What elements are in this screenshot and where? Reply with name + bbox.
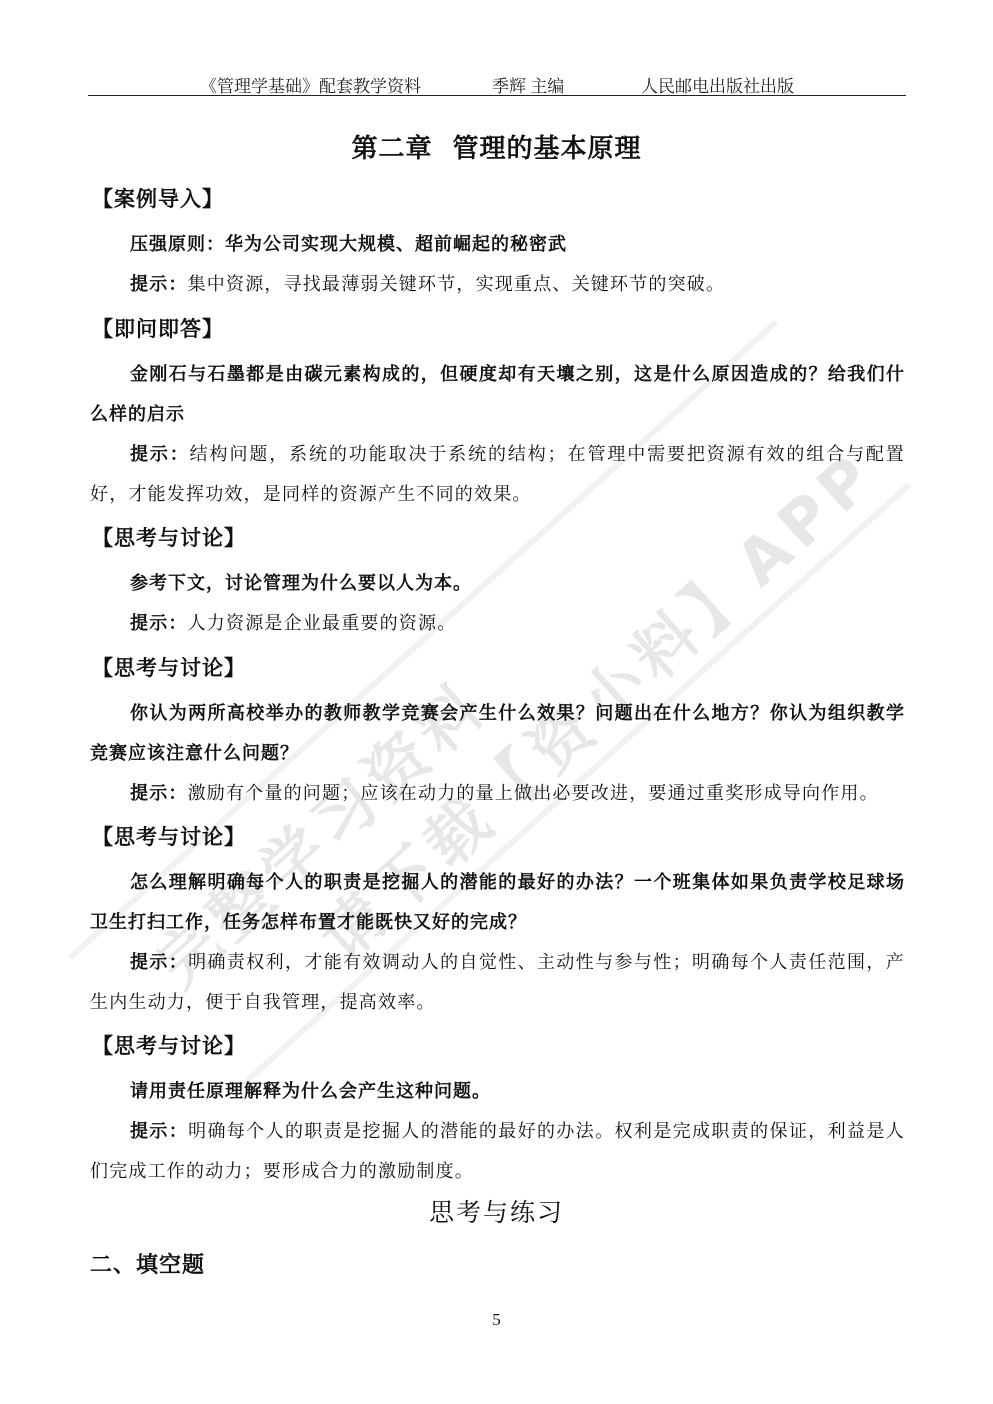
hint-label: 提示：	[130, 1121, 188, 1142]
question-text: 金刚石与石墨都是由碳元素构成的，但硬度却有天壤之别，这是什么原因造成的？给我们什…	[90, 355, 905, 435]
fill-in-blank-heading: 二、填空题	[90, 1248, 205, 1279]
hint-text: 明确责权利，才能有效调动人的自觉性、主动性与参与性；明确每个人责任范围，产生内生…	[90, 952, 905, 1013]
hint-text: 人力资源是企业最重要的资源。	[188, 613, 457, 634]
hint-paragraph: 提示：结构问题，系统的功能取决于系统的结构；在管理中需要把资源有效的组合与配置好…	[90, 435, 905, 515]
section-body: 参考下文，讨论管理为什么要以人为本。 提示：人力资源是企业最重要的资源。	[90, 564, 905, 644]
section-discussion-4: 【思考与讨论】	[90, 1030, 905, 1060]
section-body: 请用责任原理解释为什么会产生这种问题。 提示：明确每个人的职责是挖掘人的潜能的最…	[90, 1072, 905, 1192]
hint-text: 结构问题，系统的功能取决于系统的结构；在管理中需要把资源有效的组合与配置好，才能…	[90, 444, 905, 505]
section-body: 金刚石与石墨都是由碳元素构成的，但硬度却有天壤之别，这是什么原因造成的？给我们什…	[90, 355, 905, 515]
section-heading: 【思考与讨论】	[92, 522, 905, 552]
section-body: 压强原则：华为公司实现大规模、超前崛起的秘密武 提示：集中资源，寻找最薄弱关键环…	[90, 225, 905, 305]
section-case-intro: 【案例导入】	[90, 183, 905, 213]
hint-text: 集中资源，寻找最薄弱关键环节，实现重点、关键环节的突破。	[188, 274, 726, 295]
section-discussion-1: 【思考与讨论】	[90, 522, 905, 552]
hint-text: 明确每个人的职责是挖掘人的潜能的最好的办法。权利是完成职责的保证，利益是人们完成…	[90, 1121, 905, 1182]
exercise-title: 思考与练习	[0, 1193, 993, 1229]
question-text: 压强原则：华为公司实现大规模、超前崛起的秘密武	[90, 225, 905, 265]
header-divider	[88, 95, 906, 96]
header-editor: 季辉 主编	[492, 72, 564, 97]
hint-paragraph: 提示：明确责权利，才能有效调动人的自觉性、主动性与参与性；明确每个人责任范围，产…	[90, 943, 905, 1023]
question-text: 请用责任原理解释为什么会产生这种问题。	[90, 1072, 905, 1112]
hint-label: 提示：	[130, 274, 188, 295]
section-body: 怎么理解明确每个人的职责是挖掘人的潜能的最好的办法？一个班集体如果负责学校足球场…	[90, 863, 905, 1023]
question-text: 参考下文，讨论管理为什么要以人为本。	[90, 564, 905, 604]
header-publisher: 人民邮电出版社出版	[641, 72, 794, 97]
chapter-title: 第二章 管理的基本原理	[0, 128, 993, 165]
hint-label: 提示：	[130, 952, 188, 973]
section-heading: 【思考与讨论】	[92, 821, 905, 851]
page-number: 5	[0, 1310, 993, 1330]
hint-label: 提示：	[130, 613, 188, 634]
question-text: 你认为两所高校举办的教师教学竞赛会产生什么效果？问题出在什么地方？你认为组织教学…	[90, 694, 905, 774]
question-text: 怎么理解明确每个人的职责是挖掘人的潜能的最好的办法？一个班集体如果负责学校足球场…	[90, 863, 905, 943]
running-header: 《管理学基础》配套教学资料 季辉 主编 人民邮电出版社出版	[88, 68, 906, 96]
hint-paragraph: 提示：明确每个人的职责是挖掘人的潜能的最好的办法。权利是完成职责的保证，利益是人…	[90, 1112, 905, 1192]
hint-label: 提示：	[130, 783, 188, 804]
section-discussion-3: 【思考与讨论】	[90, 821, 905, 851]
section-heading: 【思考与讨论】	[92, 1030, 905, 1060]
section-heading: 【案例导入】	[92, 183, 905, 213]
hint-label: 提示：	[130, 444, 190, 465]
hint-paragraph: 提示：激励有个量的问题；应该在动力的量上做出必要改进，要通过重奖形成导向作用。	[90, 774, 905, 814]
section-quick-qa: 【即问即答】	[90, 313, 905, 343]
section-discussion-2: 【思考与讨论】	[90, 652, 905, 682]
section-heading: 【即问即答】	[92, 313, 905, 343]
section-body: 你认为两所高校举办的教师教学竞赛会产生什么效果？问题出在什么地方？你认为组织教学…	[90, 694, 905, 814]
document-page: 完整学习资料 请下载【资小料】APP 《管理学基础》配套教学资料 季辉 主编 人…	[0, 0, 993, 1404]
hint-paragraph: 提示：人力资源是企业最重要的资源。	[90, 604, 905, 644]
header-book-title: 《管理学基础》配套教学资料	[200, 72, 421, 97]
hint-text: 激励有个量的问题；应该在动力的量上做出必要改进，要通过重奖形成导向作用。	[188, 783, 879, 804]
section-heading: 【思考与讨论】	[92, 652, 905, 682]
hint-paragraph: 提示：集中资源，寻找最薄弱关键环节，实现重点、关键环节的突破。	[90, 265, 905, 305]
